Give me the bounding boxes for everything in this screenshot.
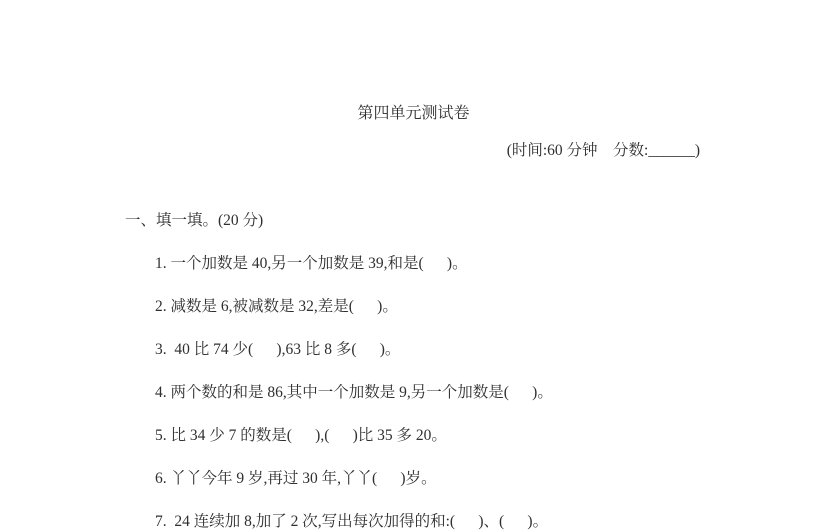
question-item-6: 6. 丫丫今年 9 岁,再过 30 年,丫丫( )岁。 [155,468,827,490]
time-score-line: (时间:60 分钟 分数:______) [0,140,827,161]
doc-title: 第四单元测试卷 [0,0,827,125]
test-paper-page: 第四单元测试卷 (时间:60 分钟 分数:______) 一、填一填。(20 分… [0,0,827,530]
section-heading: 一、填一填。(20 分) [125,210,827,232]
question-item-2: 2. 减数是 6,被减数是 32,差是( )。 [155,296,827,318]
question-item-7: 7. 24 连续加 8,加了 2 次,写出每次加得的和:( )、( )。 [155,511,827,530]
question-list: 1. 一个加数是 40,另一个加数是 39,和是( )。 2. 减数是 6,被减… [155,253,827,530]
question-item-4: 4. 两个数的和是 86,其中一个加数是 9,另一个加数是( )。 [155,382,827,404]
question-item-3: 3. 40 比 74 少( ),63 比 8 多( )。 [155,339,827,361]
question-item-1: 1. 一个加数是 40,另一个加数是 39,和是( )。 [155,253,827,275]
question-item-5: 5. 比 34 少 7 的数是( ),( )比 35 多 20。 [155,425,827,447]
